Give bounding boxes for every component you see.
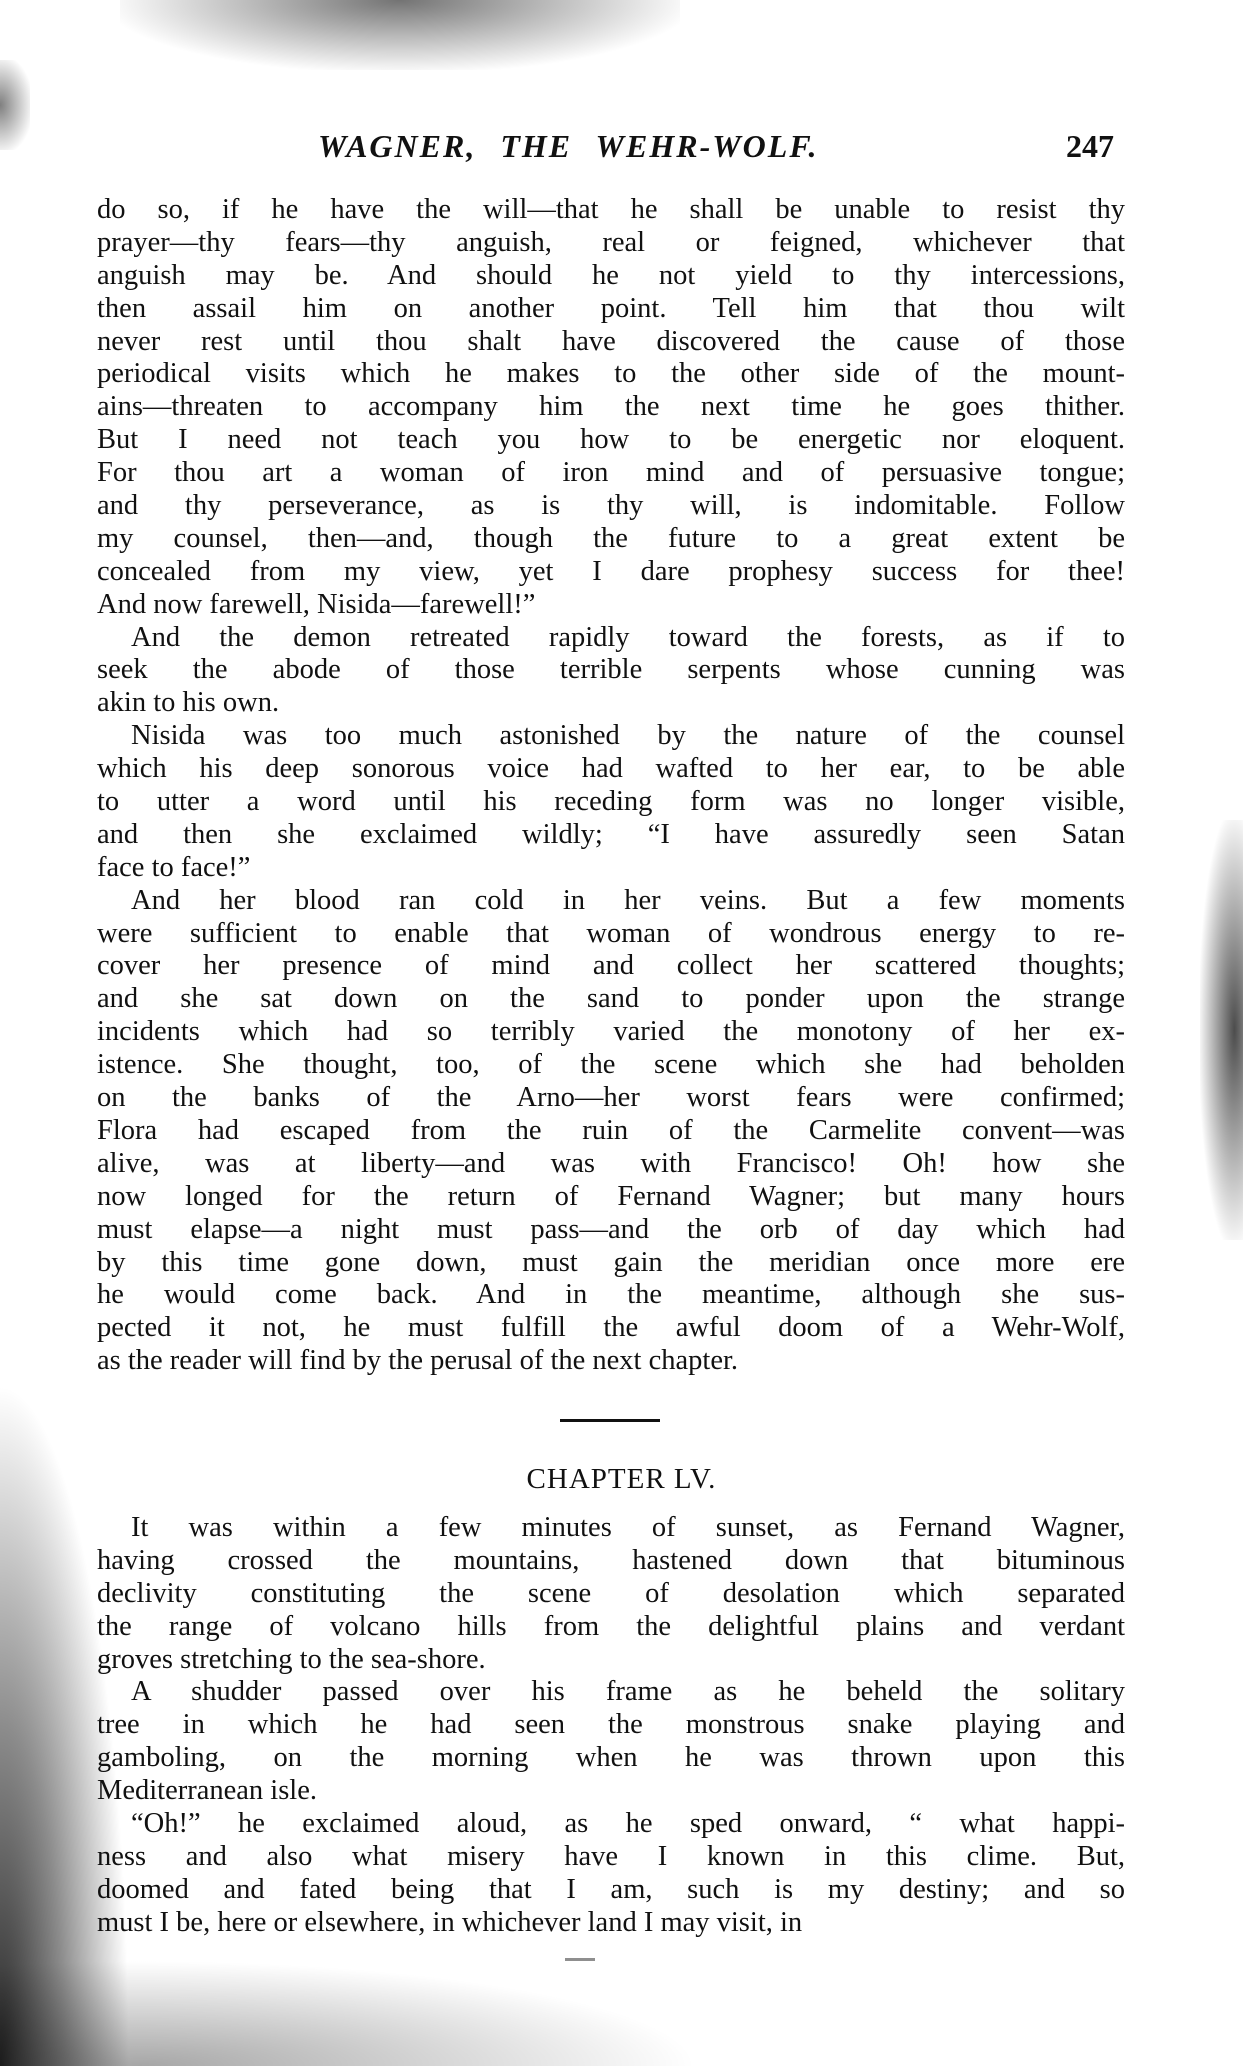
chapter-text: It was within a few minutes of sunset, a… (97, 1512, 1125, 1940)
paragraph: A shudder passed over his frame as he be… (97, 1676, 1125, 1808)
text-line: And now farewell, Nisida—farewell!” (97, 589, 1125, 622)
text-line: gamboling, on the morning when he was th… (97, 1742, 1125, 1775)
text-line: having crossed the mountains, hastened d… (97, 1545, 1125, 1578)
footer-smudge (565, 1958, 595, 1961)
paragraph: And her blood ran cold in her veins. But… (97, 885, 1125, 1378)
text-line: Nisida was too much astonished by the na… (97, 720, 1125, 753)
text-line: For thou art a woman of iron mind and of… (97, 457, 1125, 490)
paragraph: do so, if he have the will—that he shall… (97, 194, 1125, 622)
text-line: as the reader will find by the perusal o… (97, 1345, 1125, 1378)
text-line: my counsel, then—and, though the future … (97, 523, 1125, 556)
text-line: But I need not teach you how to be energ… (97, 424, 1125, 457)
text-line: and thy perseverance, as is thy will, is… (97, 490, 1125, 523)
text-line: “Oh!” he exclaimed aloud, as he sped onw… (97, 1808, 1125, 1841)
text-line: concealed from my view, yet I dare proph… (97, 556, 1125, 589)
text-line: to utter a word until his receding form … (97, 786, 1125, 819)
section-divider-rule (560, 1419, 660, 1422)
paragraph: Nisida was too much astonished by the na… (97, 720, 1125, 884)
text-line: prayer—thy fears—thy anguish, real or fe… (97, 227, 1125, 260)
text-line: were sufficient to enable that woman of … (97, 918, 1125, 951)
text-line: alive, was at liberty—and was with Franc… (97, 1148, 1125, 1181)
text-line: the range of volcano hills from the deli… (97, 1611, 1125, 1644)
text-line: and then she exclaimed wildly; “I have a… (97, 819, 1125, 852)
scan-noise-bottom (0, 1960, 700, 2066)
text-line: face to face!” (97, 852, 1125, 885)
text-before-chapter: do so, if he have the will—that he shall… (97, 194, 1125, 1378)
running-head: WAGNER, THE WEHR-WOLF. 247 (0, 128, 1243, 168)
text-line: It was within a few minutes of sunset, a… (97, 1512, 1125, 1545)
text-line: istence. She thought, too, of the scene … (97, 1049, 1125, 1082)
scan-noise-top (120, 0, 680, 70)
text-line: incidents which had so terribly varied t… (97, 1016, 1125, 1049)
text-line: doomed and fated being that I am, such i… (97, 1874, 1125, 1907)
text-line: must elapse—a night must pass—and the or… (97, 1214, 1125, 1247)
text-line: akin to his own. (97, 687, 1125, 720)
text-line: now longed for the return of Fernand Wag… (97, 1181, 1125, 1214)
text-line: on the banks of the Arno—her worst fears… (97, 1082, 1125, 1115)
text-line: periodical visits which he makes to the … (97, 358, 1125, 391)
text-line: declivity constituting the scene of deso… (97, 1578, 1125, 1611)
chapter-heading: CHAPTER LV. (0, 1463, 1243, 1496)
text-line: he would come back. And in the meantime,… (97, 1279, 1125, 1312)
text-line: ness and also what misery have I known i… (97, 1841, 1125, 1874)
text-line: and she sat down on the sand to ponder u… (97, 983, 1125, 1016)
text-line: cover her presence of mind and collect h… (97, 950, 1125, 983)
text-line: by this time gone down, must gain the me… (97, 1247, 1125, 1280)
text-line: ains—threaten to accompany him the next … (97, 391, 1125, 424)
text-line: And her blood ran cold in her veins. But… (97, 885, 1125, 918)
page-number: 247 (1066, 128, 1114, 165)
text-line: do so, if he have the will—that he shall… (97, 194, 1125, 227)
text-line: Mediterranean isle. (97, 1775, 1125, 1808)
scan-noise-right-edge (1200, 820, 1243, 1240)
paragraph: And the demon retreated rapidly toward t… (97, 622, 1125, 721)
text-line: never rest until thou shalt have discove… (97, 326, 1125, 359)
paragraph: “Oh!” he exclaimed aloud, as he sped onw… (97, 1808, 1125, 1940)
text-line: must I be, here or elsewhere, in whichev… (97, 1907, 1125, 1940)
text-line: A shudder passed over his frame as he be… (97, 1676, 1125, 1709)
text-line: then assail him on another point. Tell h… (97, 293, 1125, 326)
text-line: pected it not, he must fulfill the awful… (97, 1312, 1125, 1345)
text-line: groves stretching to the sea-shore. (97, 1644, 1125, 1677)
text-line: seek the abode of those terrible serpent… (97, 654, 1125, 687)
text-line: which his deep sonorous voice had wafted… (97, 753, 1125, 786)
paragraph: It was within a few minutes of sunset, a… (97, 1512, 1125, 1676)
text-line: tree in which he had seen the monstrous … (97, 1709, 1125, 1742)
text-line: And the demon retreated rapidly toward t… (97, 622, 1125, 655)
text-line: Flora had escaped from the ruin of the C… (97, 1115, 1125, 1148)
text-line: anguish may be. And should he not yield … (97, 260, 1125, 293)
running-head-title: WAGNER, THE WEHR-WOLF. (318, 128, 819, 165)
